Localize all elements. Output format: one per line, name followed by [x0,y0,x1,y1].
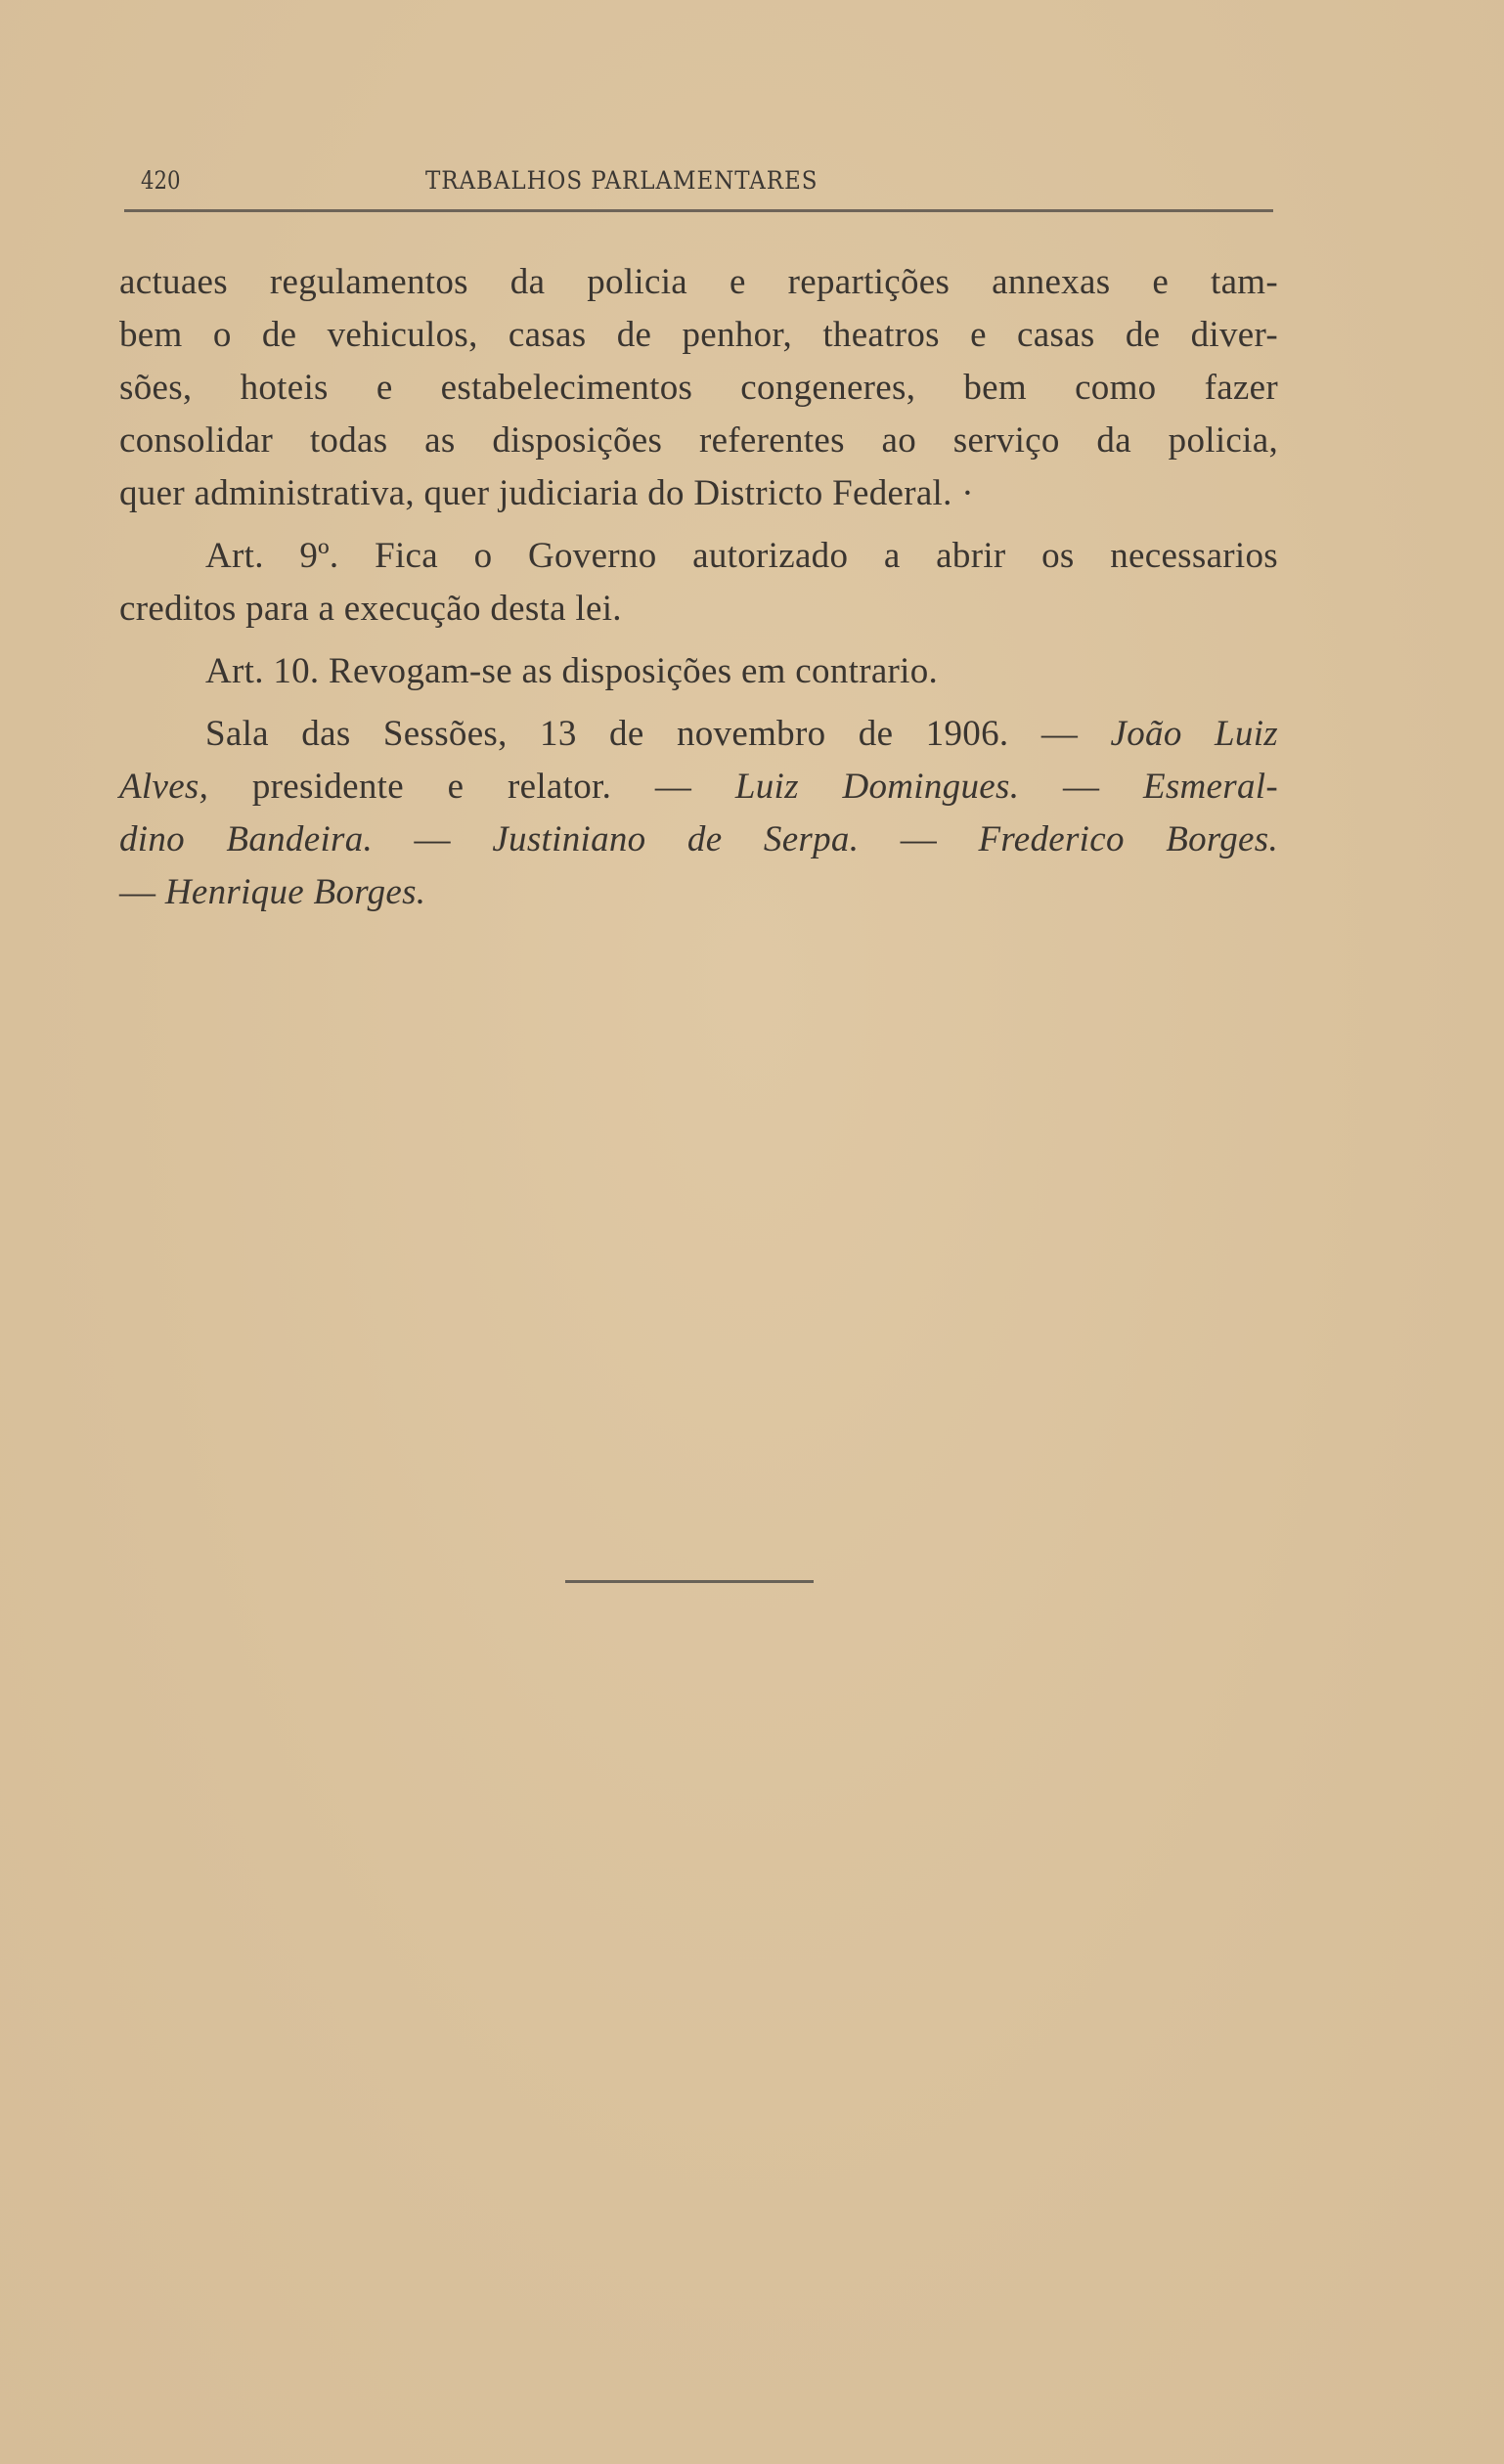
text-line: — Henrique Borges. [119,866,1278,919]
text-line: bem o de vehiculos, casas de penhor, the… [119,309,1278,362]
dash: — [119,872,165,912]
text-line: sões, hoteis e estabelecimentos congener… [119,362,1278,415]
page-number: 420 [141,166,181,195]
text-line: actuaes regulamentos da policia e repart… [119,256,1278,309]
running-title: TRABALHOS PARLAMENTARES [425,166,818,195]
text-line: Alves, presidente e relator. — Luiz Domi… [119,761,1278,814]
text-line: dino Bandeira. — Justiniano de Serpa. — … [119,814,1278,866]
signature-paragraph: Sala das Sessões, 13 de novembro de 1906… [119,708,1278,919]
header-rule [124,209,1273,212]
dash: — [859,819,978,859]
signatory-name: Alves, [119,767,208,807]
text-line: creditos para a execução desta lei. [119,583,1278,636]
signatory-name: Esmeral- [1143,767,1278,807]
text-line: consolidar todas as disposições referent… [119,415,1278,467]
signatory-name: Frederico Borges. [979,819,1279,859]
session-date: Sala das Sessões, 13 de novembro de 1906… [205,714,1111,754]
signatory-role: presidente e relator. — [208,767,735,807]
text-line: quer administrativa, quer judiciaria do … [119,467,1278,520]
dash: — [373,819,492,859]
section-end-rule [565,1580,814,1583]
text-line: Art. 9º. Fica o Governo autorizado a abr… [119,530,1278,583]
continuation-paragraph: actuaes regulamentos da policia e repart… [119,256,1278,520]
article-10-paragraph: Art. 10. Revogam-se as disposições em co… [119,645,1278,698]
article-9-paragraph: Art. 9º. Fica o Governo autorizado a abr… [119,530,1278,636]
text-line: Art. 10. Revogam-se as disposições em co… [119,645,1278,698]
body-text: actuaes regulamentos da policia e repart… [119,256,1278,919]
signatory-name: João Luiz [1111,714,1278,754]
signatory-name: Henrique Borges. [165,872,426,912]
signatory-name: dino Bandeira. [119,819,373,859]
text-line: Sala das Sessões, 13 de novembro de 1906… [119,708,1278,761]
running-head: 420 TRABALHOS PARLAMENTARES [124,160,1273,199]
dash: — [1019,767,1143,807]
signatory-name: Justiniano de Serpa. [492,819,859,859]
signatory-name: Luiz Domingues. [735,767,1019,807]
